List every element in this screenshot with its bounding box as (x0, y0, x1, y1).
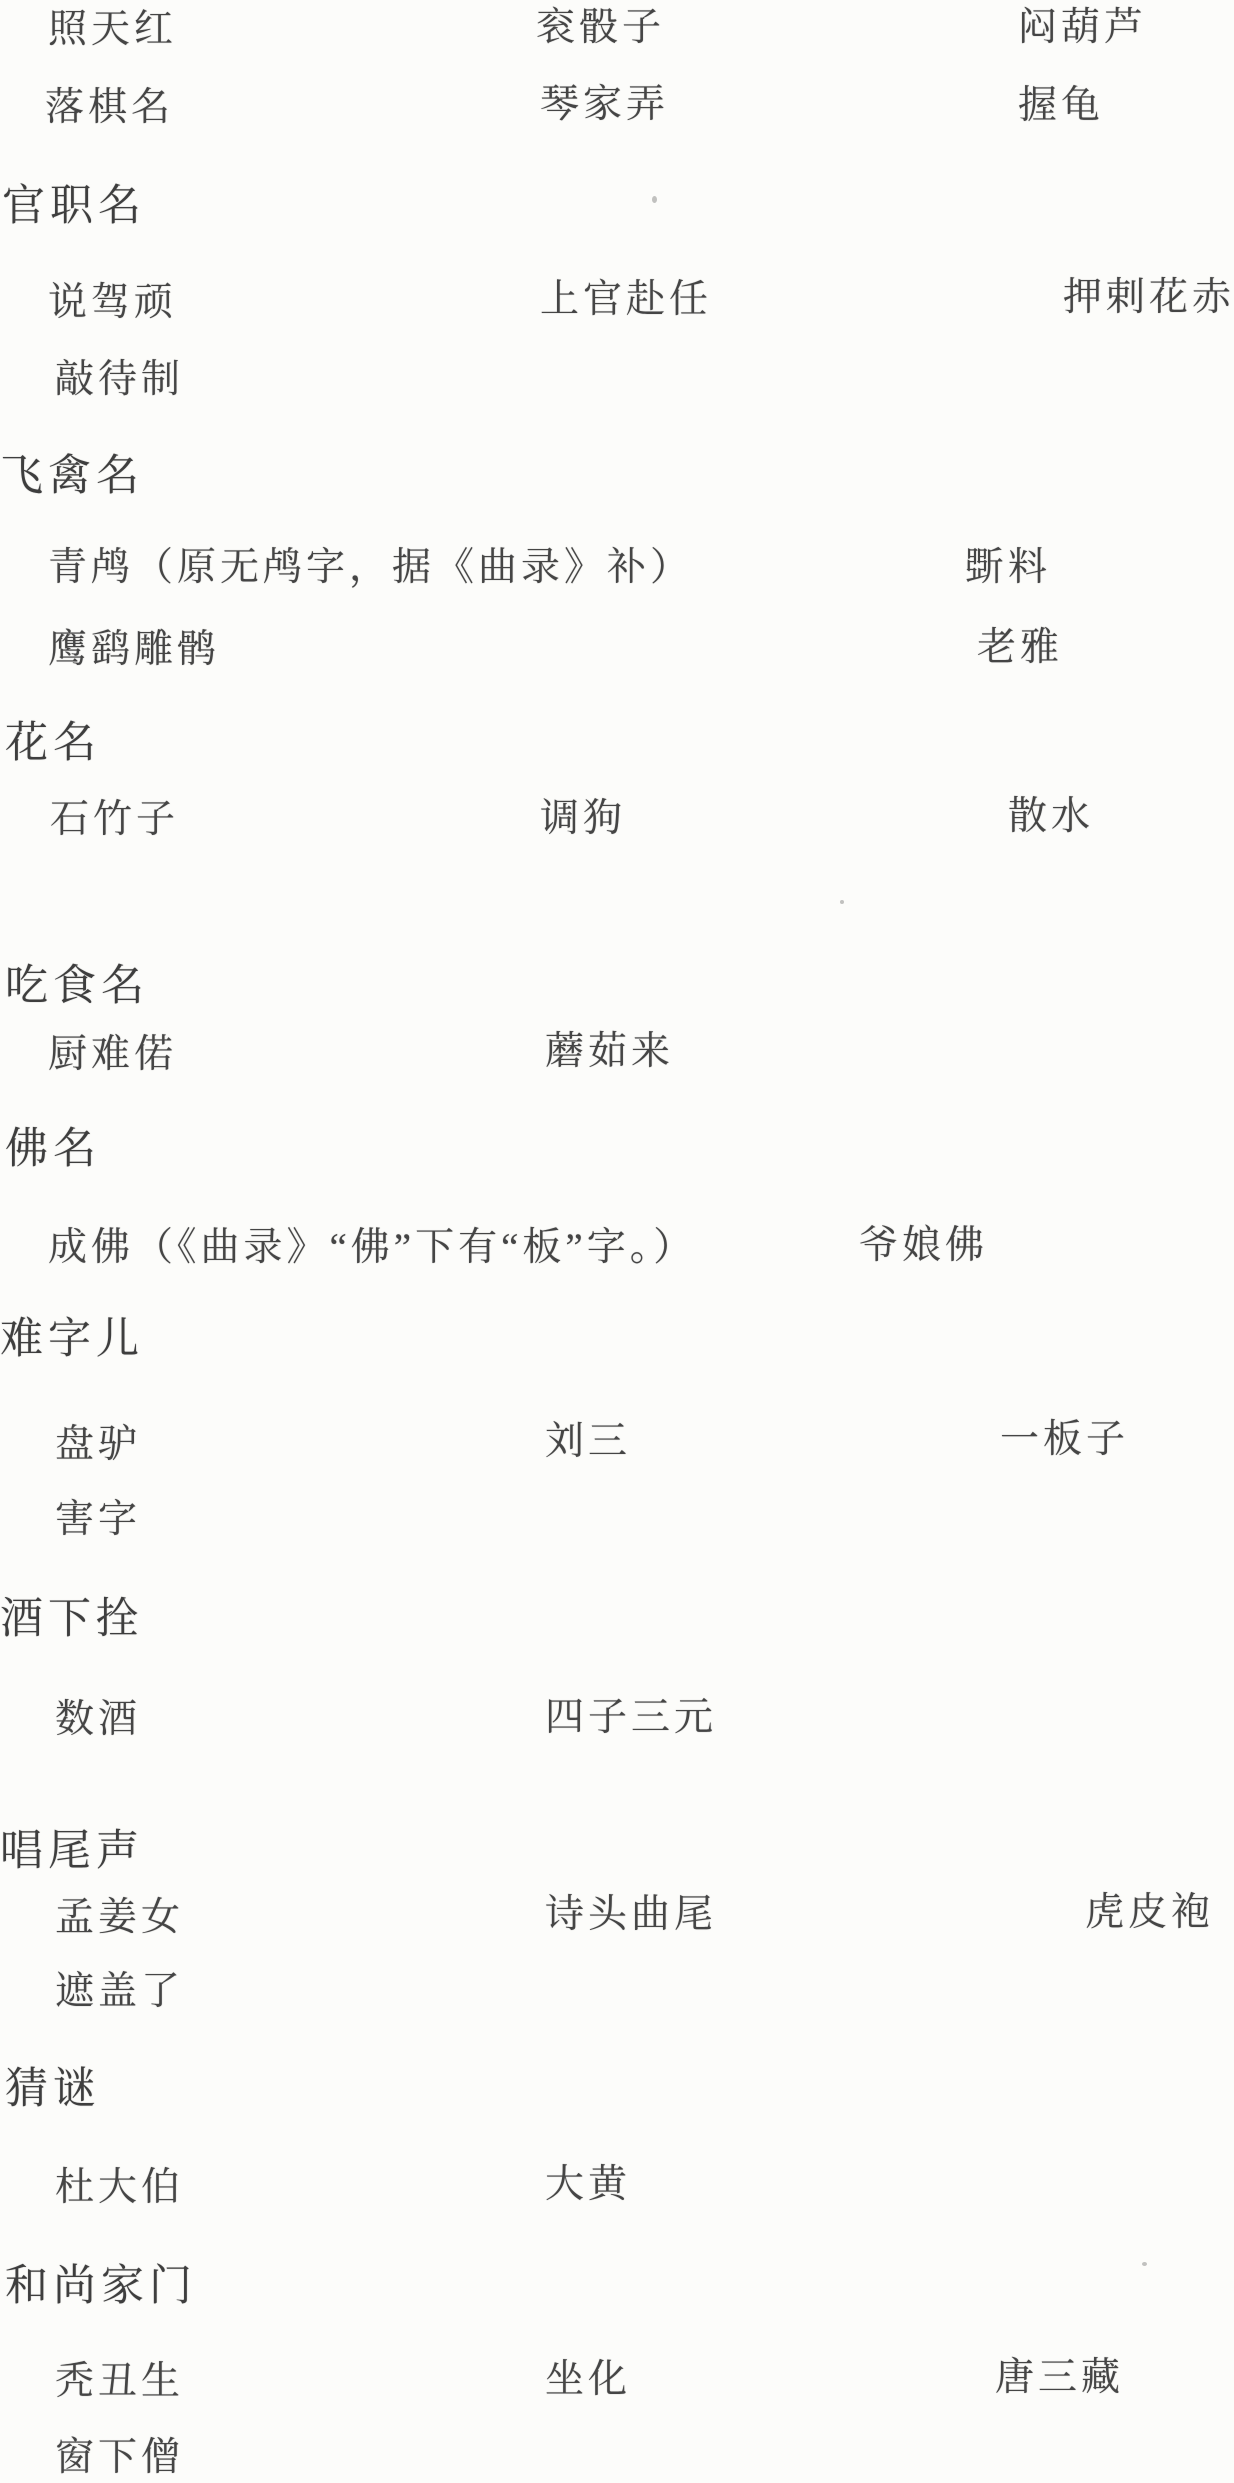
category-header: 和尚家门 (5, 2265, 197, 2308)
entry-item: 闷葫芦 (1018, 8, 1147, 47)
entry-item: 鹰鹞雕鹘 (48, 630, 220, 669)
entry-item: 坐化 (545, 2360, 631, 2399)
entry-item: 盘驴 (55, 1425, 141, 1464)
entry-item: 琴家弄 (540, 85, 669, 124)
category-header: 猜谜 (5, 2068, 101, 2111)
entry-item: 秃丑生 (55, 2362, 184, 2401)
scanned-page: 照天红 衮骰子 闷葫芦 落棋名 琴家弄 握龟 官职名 说驾顽 上官赴任 押剌花赤… (0, 0, 1234, 2483)
entry-item: 落棋名 (45, 88, 174, 127)
scan-speck (1142, 2262, 1147, 2266)
entry-item: 厨难偌 (48, 1035, 177, 1074)
category-header: 唱尾声 (0, 1830, 144, 1873)
entry-item: 调狗 (540, 799, 626, 838)
entry-item: 成佛（《曲录》“佛”下有“板”字。） (48, 1228, 696, 1267)
entry-item: 敲待制 (55, 360, 184, 399)
category-header: 花名 (5, 722, 101, 765)
entry-item: 刘三 (545, 1422, 631, 1461)
entry-item: 唐三藏 (995, 2358, 1124, 2397)
entry-item: 青鸬（原无鸬字，据《曲录》补） (48, 548, 693, 587)
entry-item: 蘑茹来 (545, 1032, 674, 1071)
entry-item: 上官赴任 (540, 280, 712, 319)
entry-item: 老雅 (977, 628, 1063, 667)
category-header: 官职名 (2, 185, 146, 228)
scan-speck (652, 196, 657, 203)
entry-item: 诗头曲尾 (545, 1895, 717, 1934)
entry-item: 窗下僧 (55, 2438, 184, 2477)
entry-item: 握龟 (1018, 86, 1104, 125)
category-header: 难字儿 (0, 1318, 144, 1361)
entry-item: 遮盖了 (55, 1972, 184, 2011)
category-header: 酒下拴 (0, 1598, 144, 1641)
entry-item: 说驾顽 (48, 283, 177, 322)
entry-item: 衮骰子 (536, 8, 665, 47)
entry-item: 大黄 (545, 2165, 631, 2204)
entry-item: 斲料 (965, 548, 1051, 587)
entry-item: 爷娘佛 (859, 1226, 988, 1265)
scan-speck (840, 900, 844, 904)
entry-item: 石竹子 (50, 800, 179, 839)
entry-item: 虎皮袍 (1085, 1893, 1214, 1932)
entry-item: 数酒 (55, 1700, 141, 1739)
entry-item: 杜大伯 (55, 2168, 184, 2207)
category-header: 佛名 (5, 1128, 101, 1171)
category-header: 飞禽名 (0, 455, 144, 498)
entry-item: 散水 (1008, 797, 1094, 836)
entry-item: 四子三元 (545, 1698, 717, 1737)
category-header: 吃食名 (5, 965, 149, 1008)
entry-item: 押剌花赤 (1063, 278, 1234, 317)
entry-item: 一板子 (1000, 1420, 1129, 1459)
entry-item: 害字 (55, 1500, 141, 1539)
entry-item: 照天红 (48, 10, 177, 49)
entry-item: 孟姜女 (55, 1898, 184, 1937)
